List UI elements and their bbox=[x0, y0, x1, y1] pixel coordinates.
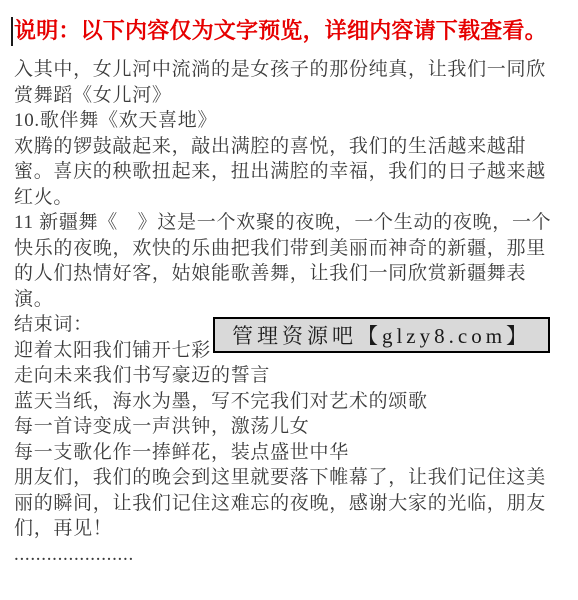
paragraph-line: 每一首诗变成一声洪钟，激荡儿女 bbox=[14, 414, 562, 440]
paragraph-line: 10.歌伴舞《欢天喜地》 bbox=[14, 108, 562, 134]
document-preview-page: 说明：以下内容仅为文字预览，详细内容请下载查看。 入其中，女儿河中流淌的是女孩子… bbox=[0, 0, 578, 600]
document-body: 入其中，女儿河中流淌的是女孩子的那份纯真，让我们一同欣赏舞蹈《女儿河》10.歌伴… bbox=[14, 57, 562, 567]
text-cursor bbox=[11, 17, 13, 46]
watermark-text: 管理资源吧【glzy8.com】 bbox=[232, 320, 531, 350]
paragraph-line: 欢腾的锣鼓敲起来，敲出满腔的喜悦，我们的生活越来越甜蜜。喜庆的秧歌扭起来，扭出满… bbox=[14, 134, 562, 211]
paragraph-line: 11 新疆舞《 》这是一个欢聚的夜晚，一个生动的夜晚，一个快乐的夜晚，欢快的乐曲… bbox=[14, 210, 562, 312]
paragraph-line: 每一支歌化作一捧鲜花，装点盛世中华 bbox=[14, 440, 562, 466]
paragraph-line: 走向未来我们书写豪迈的誓言 bbox=[14, 363, 562, 389]
paragraph-line: 朋友们，我们的晚会到这里就要落下帷幕了，让我们记住这美丽的瞬间，让我们记住这难忘… bbox=[14, 465, 562, 542]
preview-notice: 说明：以下内容仅为文字预览，详细内容请下载查看。 bbox=[14, 16, 570, 45]
paragraph-line: 蓝天当纸，海水为墨，写不完我们对艺术的颂歌 bbox=[14, 389, 562, 415]
watermark-badge: 管理资源吧【glzy8.com】 bbox=[213, 317, 550, 353]
paragraph-line: ...................... bbox=[14, 542, 562, 568]
paragraph-line: 入其中，女儿河中流淌的是女孩子的那份纯真，让我们一同欣赏舞蹈《女儿河》 bbox=[14, 57, 562, 108]
